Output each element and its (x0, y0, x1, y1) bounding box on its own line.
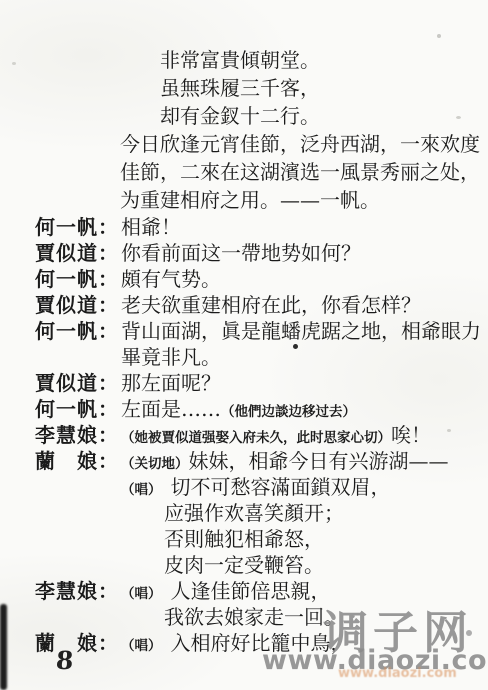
dialogue-line: 何一帆：頗有气势。 (35, 266, 482, 292)
line-text: 却有金釵十二行。 (160, 104, 320, 128)
line-text: 我欲去娘家走一回。 (164, 605, 344, 629)
line-text: 非常富貴傾朝堂。 (160, 48, 320, 72)
speaker-name: 何一帆： (35, 266, 121, 292)
line-text: 妹妹，相爺今日有兴游湖—— (189, 449, 449, 473)
stage-direction: （唱） (121, 586, 162, 602)
continuation-line: （唱）切不可愁容滿面鎖双眉， (35, 474, 482, 500)
dialogue-line: 李慧娘：（唱）人逢佳節倍思親， (35, 578, 482, 604)
stage-paragraph-line: 今日欣逢元宵佳節，泛舟西湖，一來欢度 (35, 130, 482, 158)
dialogue-line: 蘭 娘：（关切地）妹妹，相爺今日有兴游湖—— (35, 448, 482, 474)
watermark-dot (466, 630, 472, 636)
speaker-name: 賈似道： (35, 292, 121, 318)
speaker-name: 何一帆： (35, 396, 121, 422)
verse-line: 虽無珠履三千客， (35, 74, 482, 102)
speaker-name: 何一帆： (35, 318, 121, 344)
line-text: 人逢佳節倍思親， (171, 579, 331, 603)
speaker-name: 李慧娘： (35, 422, 121, 448)
line-text: 应强作欢喜笑顏开； (164, 501, 344, 525)
binding-smudge (0, 604, 7, 690)
speaker-name: 蘭 娘： (35, 630, 121, 656)
line-text: 背山面湖，眞是龍蟠虎踞之地，相爺眼力 (121, 319, 481, 343)
dialogue-line: 何一帆：背山面湖，眞是龍蟠虎踞之地，相爺眼力 (35, 318, 482, 344)
verse-line: 却有金釵十二行。 (35, 102, 482, 130)
dialogue-line: 賈似道：那左面呢？ (35, 370, 482, 396)
stage-direction: （唱） (121, 638, 162, 654)
lyric-line: 否則触犯相爺怒， (35, 526, 482, 552)
dialogue-line: 何一帆：左面是……（他們边談边移过去） (35, 396, 482, 422)
line-text: 左面是…… (121, 397, 221, 421)
speaker-name: 蘭 娘： (35, 448, 121, 474)
dialogue-line: 李慧娘：（她被賈似道强娶入府未久，此时思家心切）唉！ (35, 422, 482, 448)
page-number: 8 (55, 646, 74, 675)
stage-direction: （唱） (121, 482, 162, 498)
stage-paragraph-line: 为重建相府之用。——一帆。 (35, 186, 482, 214)
line-text: 今日欣逢元宵佳節，泛舟西湖，一來欢度 (120, 132, 480, 156)
stage-direction: （她被賈似道强娶入府未久，此时思家心切） (121, 430, 391, 446)
continuation-line: 畢竟非凡。 (35, 344, 482, 370)
line-text: 皮肉一定受鞭笞。 (164, 553, 324, 577)
lyric-line: 应强作欢喜笑顏开； (35, 500, 482, 526)
line-text: 相爺！ (121, 215, 181, 239)
speaker-name: 賈似道： (35, 240, 121, 266)
line-text: 唉！ (391, 423, 431, 447)
stage-direction: （他們边談边移过去） (221, 404, 356, 420)
speaker-name: 李慧娘： (35, 578, 121, 604)
script-text-block: 非常富貴傾朝堂。虽無珠履三千客，却有金釵十二行。今日欣逢元宵佳節，泛舟西湖，一來… (35, 46, 482, 656)
line-text: 那左面呢？ (121, 371, 221, 395)
ink-speck (456, 116, 461, 119)
line-text: 畢竟非凡。 (121, 345, 221, 369)
line-text: 切不可愁容滿面鎖双眉， (171, 475, 391, 499)
dialogue-line: 何一帆：相爺！ (35, 214, 482, 240)
verse-line: 非常富貴傾朝堂。 (35, 46, 482, 74)
ink-speck (447, 429, 451, 432)
line-text: 为重建相府之用。——一帆。 (120, 188, 380, 212)
scanned-script-page: 非常富貴傾朝堂。虽無珠履三千客，却有金釵十二行。今日欣逢元宵佳節，泛舟西湖，一來… (0, 0, 488, 690)
dialogue-line: 賈似道：你看前面这一帶地势如何？ (35, 240, 482, 266)
ink-speck (437, 34, 441, 38)
line-text: 老夫欲重建相府在此，你看怎样？ (121, 293, 421, 317)
stage-paragraph-line: 佳節，二來在这湖濱选一風景秀丽之处， (35, 158, 482, 186)
speaker-name: 賈似道： (35, 370, 121, 396)
stage-direction: （关切地） (121, 456, 189, 472)
line-text: 否則触犯相爺怒， (164, 527, 324, 551)
line-text: 你看前面这一帶地势如何？ (121, 241, 361, 265)
watermark-faint-echo: www.diaozi.com (338, 666, 458, 682)
ink-speck (293, 344, 298, 349)
dialogue-line: 賈似道：老夫欲重建相府在此，你看怎样？ (35, 292, 482, 318)
line-text: 佳節，二來在这湖濱选一風景秀丽之处， (120, 160, 480, 184)
lyric-line: 皮肉一定受鞭笞。 (35, 552, 482, 578)
speaker-name: 何一帆： (35, 214, 121, 240)
line-text: 虽無珠履三千客， (160, 76, 320, 100)
ink-speck (12, 62, 16, 65)
line-text: 頗有气势。 (121, 267, 221, 291)
